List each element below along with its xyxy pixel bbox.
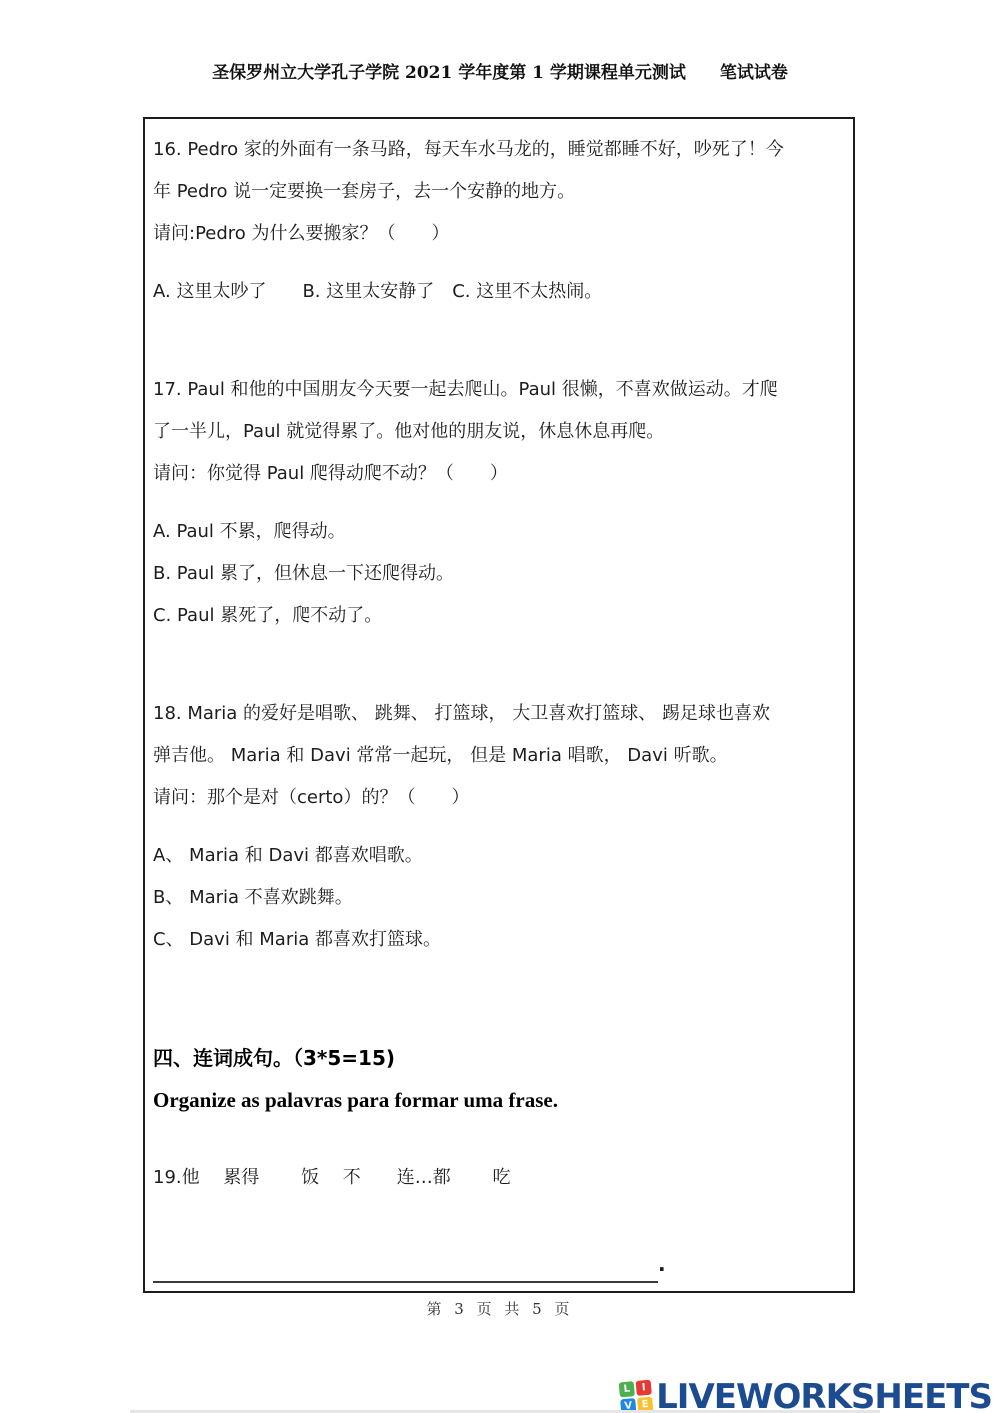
question-17-option-c: C. Paul 累死了，爬不动了。 bbox=[153, 595, 849, 637]
question-16-options: A. 这里太吵了 B. 这里太安静了 C. 这里不太热闹。 bbox=[153, 271, 849, 313]
logo-tile-i: I bbox=[636, 1380, 652, 1396]
content-box: 16. Pedro 家的外面有一条马路，每天车水马龙的，睡觉都睡不好，吵死了！今… bbox=[143, 117, 855, 1293]
answer-line-period: . bbox=[658, 1245, 666, 1283]
question-18-text-line2: 弹吉他。 Maria 和 Davi 常常一起玩， 但是 Maria 唱歌， Da… bbox=[153, 735, 849, 777]
question-19-answer-row: . bbox=[153, 1245, 849, 1283]
answer-blank-line[interactable] bbox=[153, 1249, 658, 1283]
question-17-text-line1: 17. Paul 和他的中国朋友今天要一起去爬山。Paul 很懒，不喜欢做运动。… bbox=[153, 369, 849, 411]
logo-tile-l: L bbox=[619, 1381, 635, 1397]
page-number: 第 3 页 共 5 页 bbox=[0, 1298, 1000, 1319]
question-18-option-b: B、 Maria 不喜欢跳舞。 bbox=[153, 877, 849, 919]
section-4-subtitle: Organize as palavras para formar uma fra… bbox=[153, 1079, 849, 1121]
question-19-prompt: 19.他 累得 饭 不 连…都 吃 bbox=[153, 1157, 849, 1199]
page-title: 圣保罗州立大学孔子学院 2021 学年度第 1 学期课程单元测试 笔试试卷 bbox=[0, 58, 1000, 83]
question-17-option-a: A. Paul 不累，爬得动。 bbox=[153, 511, 849, 553]
question-17-text-line2: 了一半儿，Paul 就觉得累了。他对他的朋友说，休息休息再爬。 bbox=[153, 411, 849, 453]
question-18-option-a: A、 Maria 和 Davi 都喜欢唱歌。 bbox=[153, 835, 849, 877]
liveworksheets-logo-icon: L I V E bbox=[619, 1380, 654, 1413]
question-18-text-line1: 18. Maria 的爱好是唱歌、 跳舞、 打篮球， 大卫喜欢打篮球、 踢足球也… bbox=[153, 693, 849, 735]
question-16-text-line2: 年 Pedro 说一定要换一套房子，去一个安静的地方。 bbox=[153, 171, 849, 213]
section-4-title: 四、连词成句。（3*5=15) bbox=[153, 1037, 849, 1079]
question-18-prompt: 请问：那个是对（certo）的？（ ） bbox=[153, 777, 849, 819]
question-16-text-line1: 16. Pedro 家的外面有一条马路，每天车水马龙的，睡觉都睡不好，吵死了！今 bbox=[153, 129, 849, 171]
question-17-prompt: 请问：你觉得 Paul 爬得动爬不动？（ ） bbox=[153, 453, 849, 495]
question-16-prompt: 请问:Pedro 为什么要搬家？（ ） bbox=[153, 213, 849, 255]
question-18-option-c: C、 Davi 和 Maria 都喜欢打篮球。 bbox=[153, 919, 849, 961]
liveworksheets-logo[interactable]: L I V E LIVEWORKSHEETS bbox=[620, 1377, 992, 1413]
logo-text: LIVEWORKSHEETS bbox=[656, 1377, 992, 1413]
question-17-option-b: B. Paul 累了，但休息一下还爬得动。 bbox=[153, 553, 849, 595]
